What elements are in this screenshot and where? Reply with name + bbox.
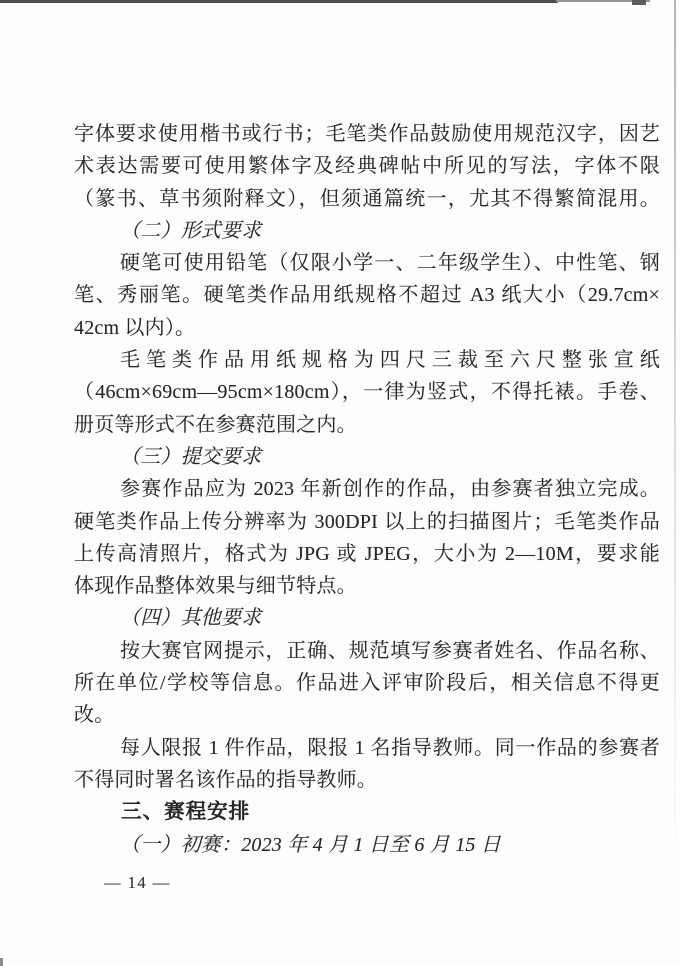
subheading-form-requirements: （二）形式要求: [74, 215, 660, 247]
body-line: 所在单位/学校等信息。作品进入评审阶段后，相关信息不得更: [74, 667, 660, 699]
scan-artifact-right-edge: [674, 0, 676, 885]
scan-artifact-corner-dot: [0, 958, 3, 966]
body-line: 按大赛官网提示，正确、规范填写参赛者姓名、作品名称、: [74, 635, 660, 667]
document-page: 字体要求使用楷书或行书；毛笔类作品鼓励使用规范汉字，因艺 术表达需要可使用繁体字…: [0, 0, 680, 966]
body-line: 体现作品整体效果与细节特点。: [74, 570, 660, 602]
scan-artifact-top-line: [0, 0, 558, 3]
body-line: （篆书、草书须附释文），但须通篇统一，尤其不得繁简混用。: [74, 183, 660, 215]
page-number: — 14 —: [104, 873, 171, 893]
body-line: 笔、秀丽笔。硬笔类作品用纸规格不超过 A3 纸大小（29.7cm×: [74, 279, 660, 311]
body-line: 册页等形式不在参赛范围之内。: [74, 409, 660, 441]
schedule-preliminary-line: （一）初赛：2023 年 4 月 1 日至 6 月 15 日: [74, 829, 660, 861]
body-line: 毛笔类作品用纸规格为四尺三裁至六尺整张宣纸: [74, 344, 660, 376]
body-line: 术表达需要可使用繁体字及经典碑帖中所见的写法，字体不限: [74, 150, 660, 182]
subheading-other-requirements: （四）其他要求: [74, 602, 660, 634]
subheading-submission-requirements: （三）提交要求: [74, 441, 660, 473]
body-line: 字体要求使用楷书或行书；毛笔类作品鼓励使用规范汉字，因艺: [74, 118, 660, 150]
body-line: 参赛作品应为 2023 年新创作的作品，由参赛者独立完成。: [74, 473, 660, 505]
body-line: 改。: [74, 699, 660, 731]
document-body: 字体要求使用楷书或行书；毛笔类作品鼓励使用规范汉字，因艺 术表达需要可使用繁体字…: [74, 118, 660, 861]
body-line: 上传高清照片，格式为 JPG 或 JPEG，大小为 2—10M，要求能: [74, 538, 660, 570]
body-line: 42cm 以内）。: [74, 312, 660, 344]
body-line: 不得同时署名该作品的指导教师。: [74, 764, 660, 796]
body-line: 硬笔可使用铅笔（仅限小学一、二年级学生）、中性笔、钢: [74, 247, 660, 279]
body-line: 每人限报 1 件作品，限报 1 名指导教师。同一作品的参赛者: [74, 732, 660, 764]
body-line: （46cm×69cm—95cm×180cm），一律为竖式，不得托裱。手卷、: [74, 376, 660, 408]
body-line: 硬笔类作品上传分辨率为 300DPI 以上的扫描图片；毛笔类作品: [74, 506, 660, 538]
heading-schedule: 三、赛程安排: [74, 796, 660, 828]
scan-artifact-top-nub: [632, 0, 646, 5]
